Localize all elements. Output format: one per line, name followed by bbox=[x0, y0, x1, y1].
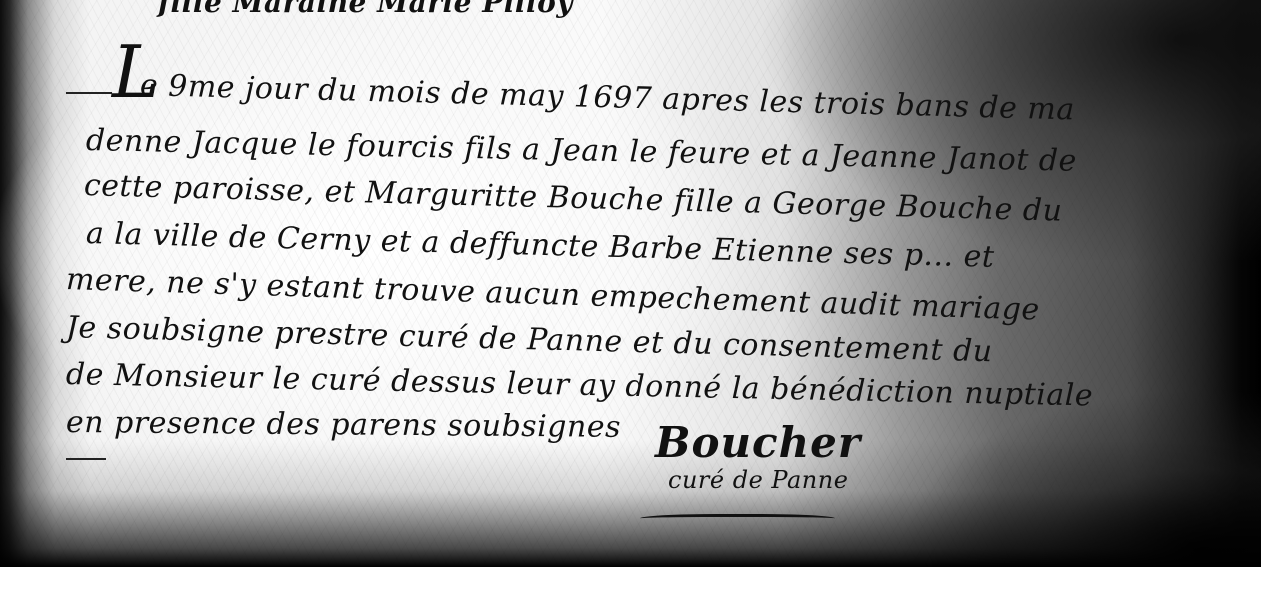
margin-dash bbox=[66, 92, 112, 94]
scan-shadow-bottom bbox=[0, 440, 1261, 567]
margin-dash-end bbox=[66, 458, 106, 460]
signature-flourish bbox=[640, 514, 835, 525]
signature-title: curé de Panne bbox=[668, 466, 848, 494]
header-line: fille Maraine Marie Pilloy bbox=[158, 0, 573, 19]
text-line-8: en presence des parens soubsignes bbox=[66, 405, 621, 445]
document-scan: fille Maraine Marie Pilloy L e 9me jour … bbox=[0, 0, 1261, 567]
bottom-margin bbox=[0, 567, 1261, 600]
signature-name: Boucher bbox=[655, 418, 861, 467]
